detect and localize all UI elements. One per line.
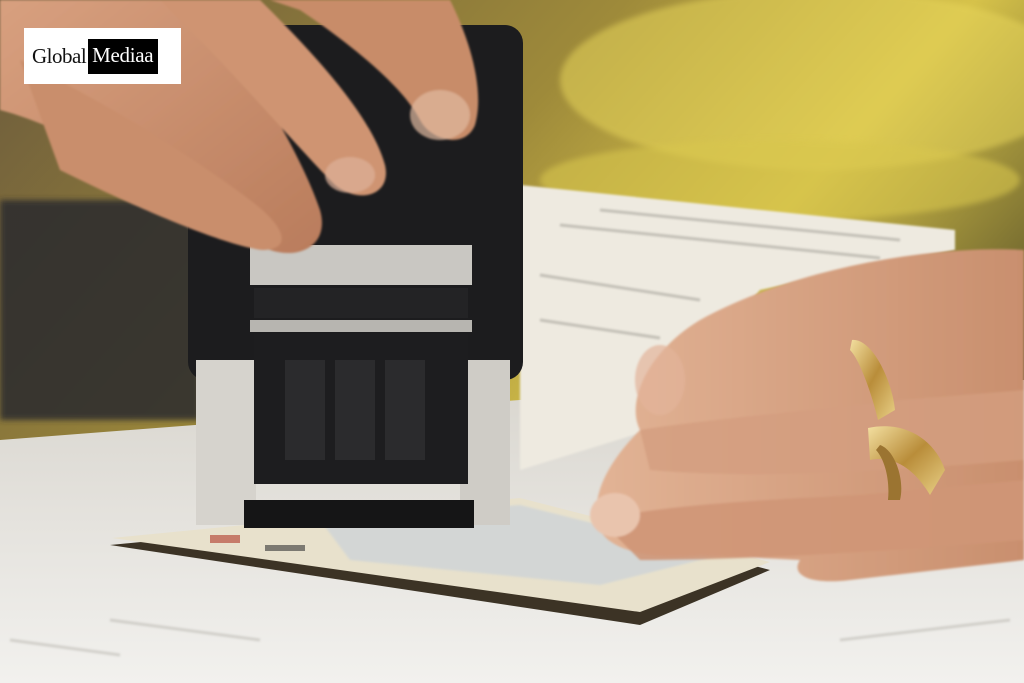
photo-scene bbox=[0, 0, 1024, 683]
logo-text-mediaa: Mediaa bbox=[88, 39, 158, 74]
logo-text-global: Global bbox=[32, 44, 86, 69]
brand-logo: Global Mediaa bbox=[24, 28, 181, 84]
